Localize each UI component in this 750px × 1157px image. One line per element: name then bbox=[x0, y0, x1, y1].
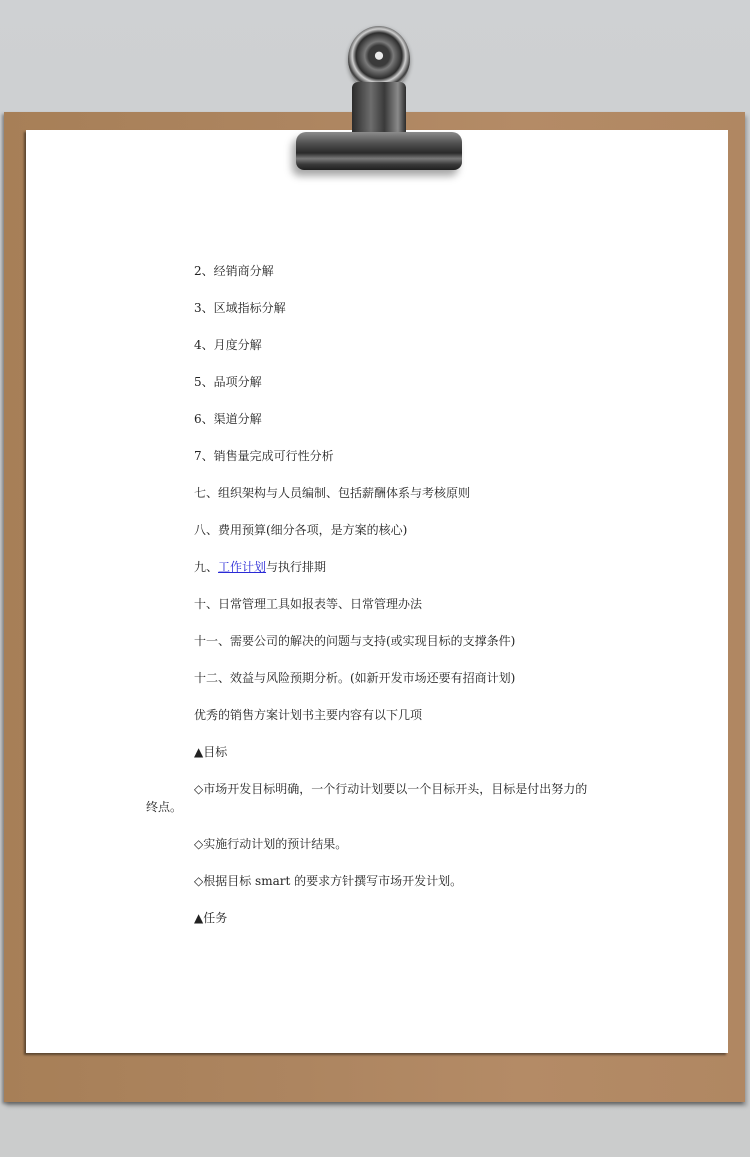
work-plan-link[interactable]: 工作计划 bbox=[218, 560, 266, 574]
paragraph-feasibility: 7、销售量完成可行性分析 bbox=[170, 447, 590, 465]
heading-task: ▲任务 bbox=[170, 909, 590, 927]
work-plan-prefix: 九、 bbox=[194, 560, 218, 574]
paragraph-budget: 八、费用预算(细分各项，是方案的核心) bbox=[170, 521, 590, 539]
paragraph-risk-analysis: 十二、效益与风险预期分析。(如新开发市场还要有招商计划) bbox=[170, 669, 590, 687]
document-content: 2、经销商分解 3、区域指标分解 4、月度分解 5、品项分解 6、渠道分解 7、… bbox=[170, 262, 590, 946]
paragraph-goal-clear: ◇市场开发目标明确，一个行动计划要以一个目标开头，目标是付出努力的终点。 bbox=[146, 780, 590, 816]
paragraph-org-structure: 七、组织架构与人员编制、包括薪酬体系与考核原则 bbox=[170, 484, 590, 502]
paragraph-daily-management: 十、日常管理工具如报表等、日常管理办法 bbox=[170, 595, 590, 613]
paragraph-company-support: 十一、需要公司的解决的问题与支持(或实现目标的支撑条件) bbox=[170, 632, 590, 650]
paragraph-monthly-breakdown: 4、月度分解 bbox=[170, 336, 590, 354]
paragraph-channel-breakdown: 6、渠道分解 bbox=[170, 410, 590, 428]
paragraph-intro: 优秀的销售方案计划书主要内容有以下几项 bbox=[170, 706, 590, 724]
heading-goal: ▲目标 bbox=[170, 743, 590, 761]
paragraph-expected-result: ◇实施行动计划的预计结果。 bbox=[170, 835, 590, 853]
paragraph-smart: ◇根据目标 smart 的要求方针撰写市场开发计划。 bbox=[170, 872, 590, 890]
clip-bar bbox=[296, 132, 462, 170]
paragraph-region-breakdown: 3、区域指标分解 bbox=[170, 299, 590, 317]
paragraph-dealer-breakdown: 2、经销商分解 bbox=[170, 262, 590, 280]
work-plan-suffix: 与执行排期 bbox=[266, 560, 326, 574]
paragraph-item-breakdown: 5、品项分解 bbox=[170, 373, 590, 391]
binder-clip-icon bbox=[284, 24, 468, 174]
paragraph-work-plan: 九、工作计划与执行排期 bbox=[170, 558, 590, 576]
